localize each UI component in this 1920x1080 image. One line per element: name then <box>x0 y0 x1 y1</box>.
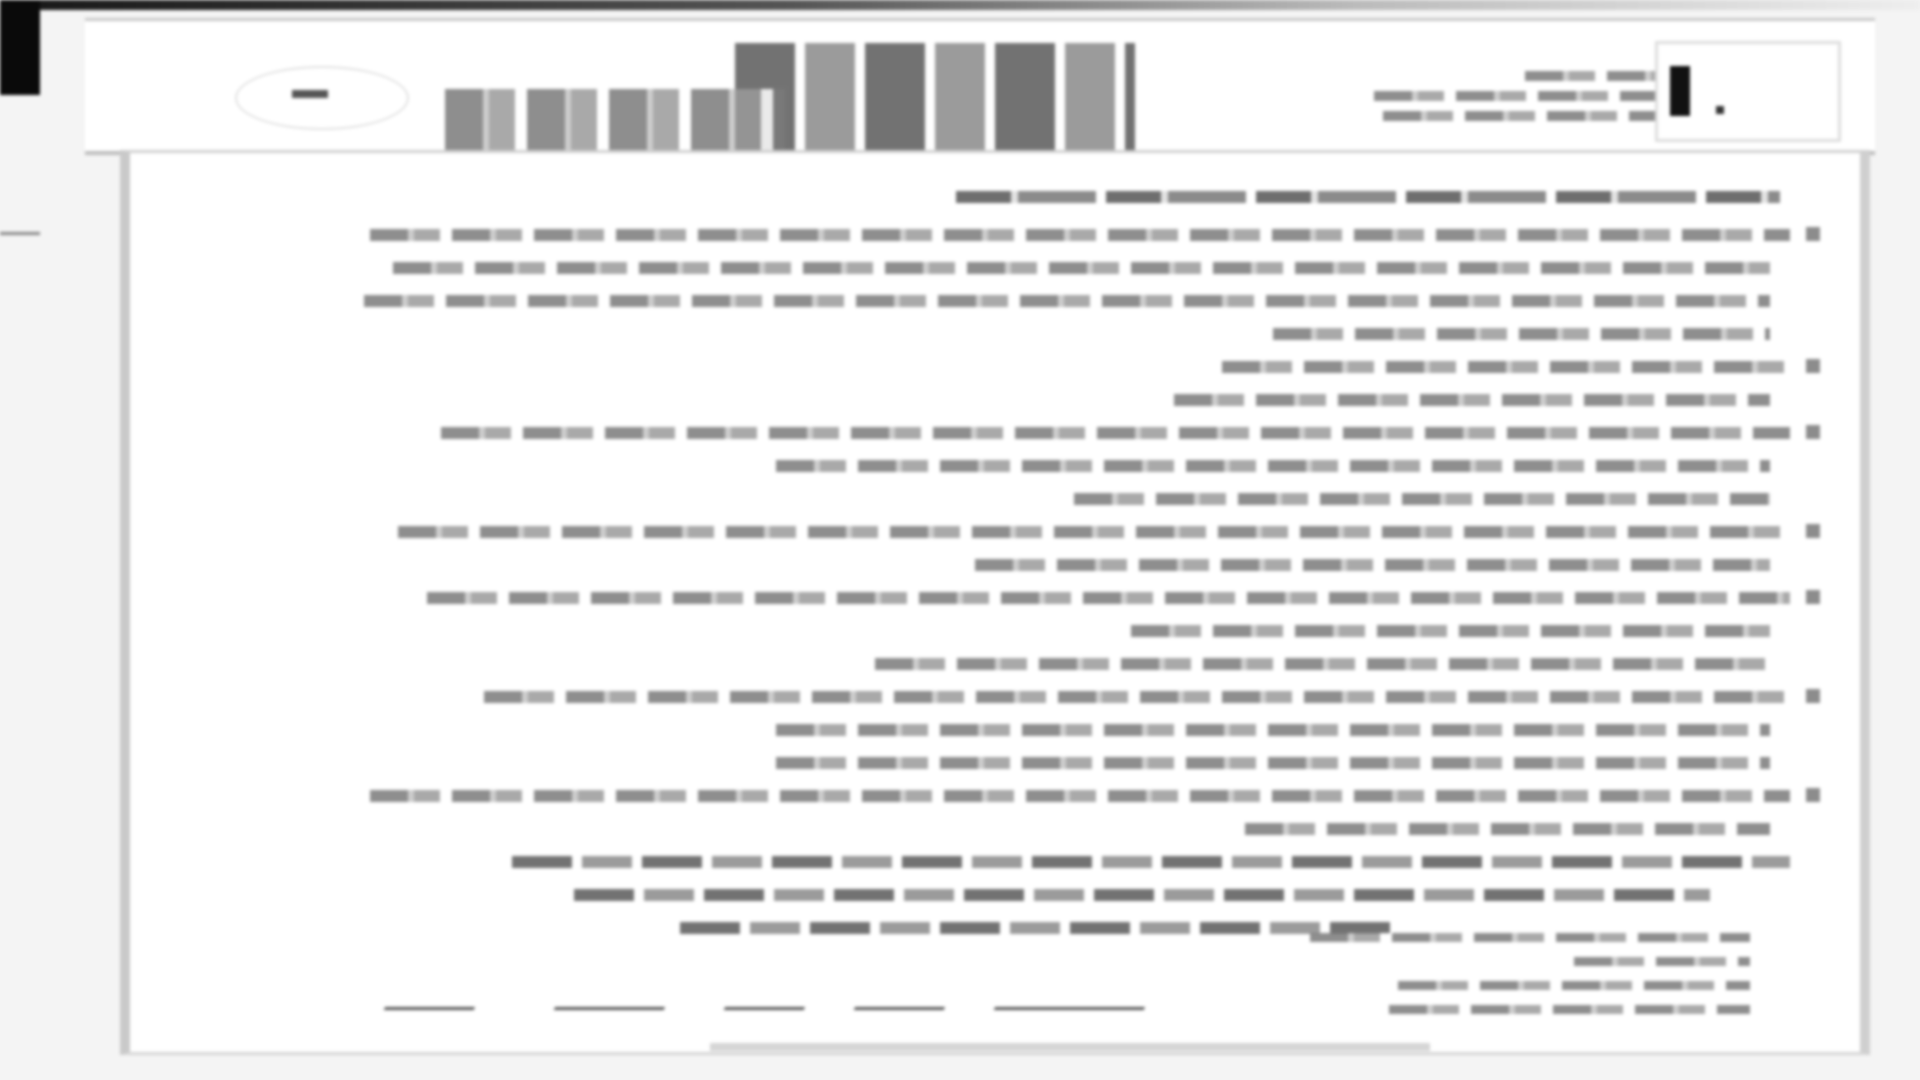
letterhead <box>85 18 1875 155</box>
organization-logo-icon <box>1655 41 1841 142</box>
paragraph-number <box>1806 359 1820 373</box>
paragraph-line <box>776 757 1770 769</box>
paragraph-line <box>398 526 1790 538</box>
org-line <box>1374 91 1675 101</box>
closing-line <box>512 856 1790 868</box>
closing-line <box>680 922 1390 934</box>
signatory-line <box>1389 1005 1750 1014</box>
paragraph-line <box>1273 328 1770 340</box>
paragraph-line <box>484 691 1790 703</box>
letter-text <box>370 191 1790 955</box>
signatory-line <box>1310 933 1750 942</box>
handwritten-signature <box>854 983 957 1010</box>
paragraph-line <box>370 229 1790 241</box>
paragraph-number <box>1806 788 1820 802</box>
letterhead-org-block <box>1245 61 1675 151</box>
subject-line <box>956 191 1780 203</box>
handwritten-signature <box>724 983 817 1010</box>
closing-line <box>574 889 1710 901</box>
paragraph-line <box>776 460 1770 472</box>
scan-margin-mark <box>0 232 40 235</box>
handwritten-signature <box>554 983 677 1010</box>
handwritten-signature <box>994 983 1157 1010</box>
paragraph-line <box>364 295 1770 307</box>
paragraph-line <box>1131 625 1770 637</box>
paragraph-line <box>393 262 1770 274</box>
paragraph-line <box>1174 394 1770 406</box>
footer-line <box>710 1043 1430 1051</box>
paragraph-line <box>776 724 1770 736</box>
paragraph-line <box>427 592 1790 604</box>
paragraph-line <box>975 559 1770 571</box>
signatures-row <box>390 983 1210 1023</box>
handwritten-signature <box>384 983 487 1010</box>
paragraph-line <box>441 427 1790 439</box>
paragraph-number <box>1806 425 1820 439</box>
paragraph-number <box>1806 689 1820 703</box>
signature-block <box>1310 933 1750 1029</box>
paragraph-line <box>875 658 1770 670</box>
scan-top-edge <box>40 0 1920 10</box>
seal-icon <box>235 66 409 130</box>
paragraph-number <box>1806 590 1820 604</box>
scan-edge-mark <box>0 0 40 95</box>
paragraph-line <box>1245 823 1770 835</box>
paragraph-line <box>1074 493 1770 505</box>
paragraph-line <box>370 790 1790 802</box>
org-line <box>1525 71 1676 81</box>
signatory-line <box>1398 981 1750 990</box>
paragraph-number <box>1806 227 1820 241</box>
signatory-line <box>1574 957 1750 966</box>
paragraph-number <box>1806 524 1820 538</box>
paragraph-line <box>1222 361 1790 373</box>
org-line <box>1383 111 1675 121</box>
letter-body <box>120 150 1870 1055</box>
